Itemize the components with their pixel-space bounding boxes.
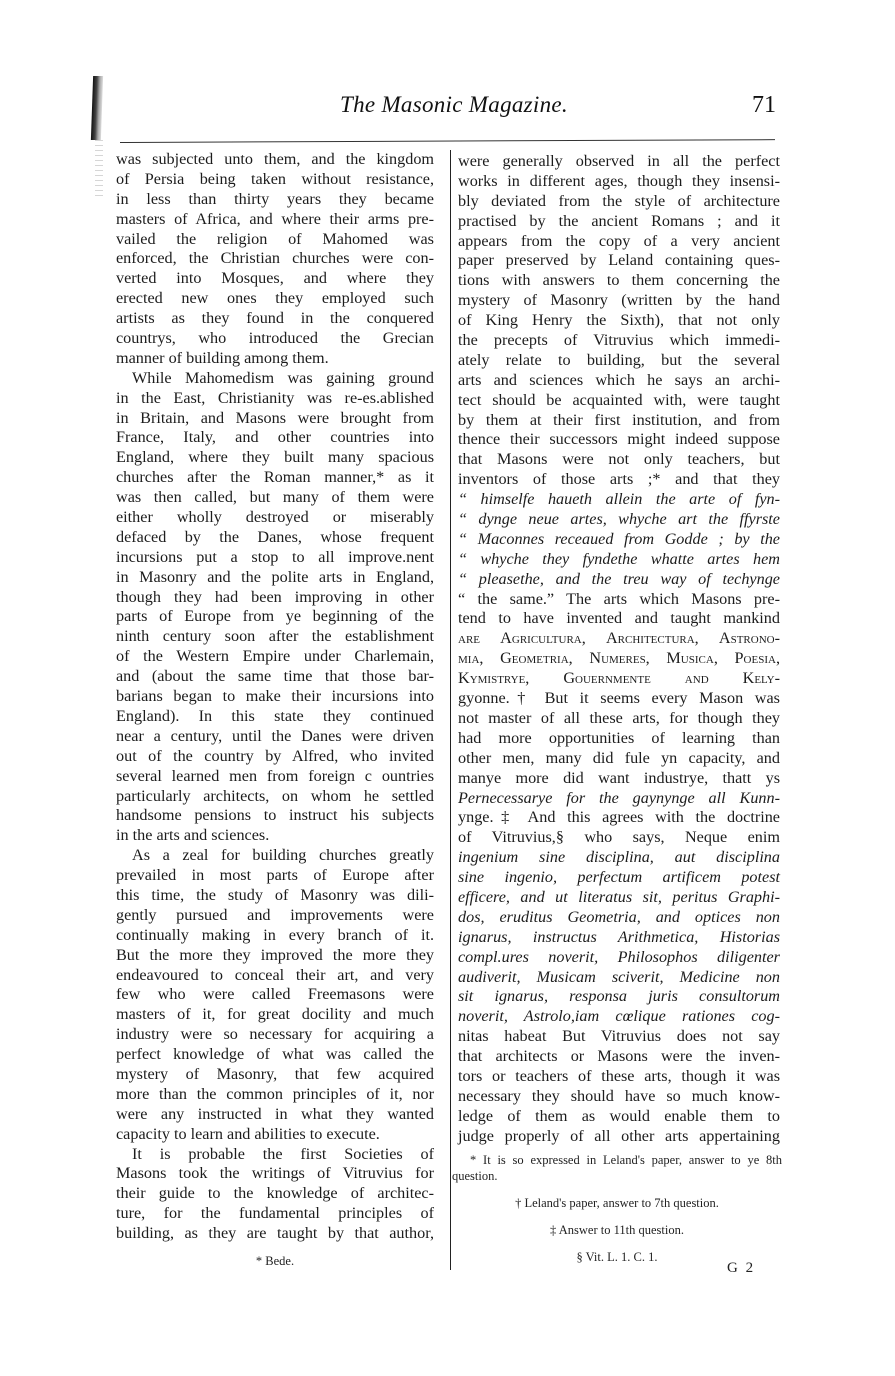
text-line: in Britain, and Masons were brought from	[116, 409, 434, 429]
text-line: artists as they found in the conquered	[116, 309, 434, 329]
signature-mark: G 2	[727, 1260, 755, 1277]
text-line: England, where they built many spacious	[116, 448, 434, 468]
right-column: were generally observed in all the perfe…	[458, 152, 780, 1147]
text-line: inventors of those arts ;* and that they	[458, 470, 780, 490]
text-line: are Agricultura, Architectura, Astrono-	[458, 629, 780, 649]
text-line: Pernecessarye for the gaynynge all Kunn-	[458, 789, 780, 809]
text-line: efficere, and ut literatus sit, peritus …	[458, 888, 780, 908]
text-line: had more opportunities of learning than	[458, 729, 780, 749]
text-line: “ pleasethe, and the treu way of techyng…	[458, 570, 780, 590]
text-line: But the more they improved the more they	[116, 946, 434, 966]
text-line: few who were called Freemasons were	[116, 985, 434, 1005]
text-line: bly deviated from the style of architect…	[458, 192, 780, 212]
header-rule	[120, 139, 775, 143]
text-line: arts and sciences which he says an archi…	[458, 371, 780, 391]
footnote: * It is so expressed in Leland's paper, …	[452, 1152, 782, 1184]
text-line: mystery of Masonry, that few acquired	[116, 1065, 434, 1085]
magazine-page: The Masonic Magazine. 71 was subjected u…	[0, 0, 895, 1376]
text-line: mia, Geometria, Numeres, Musica, Poesia,	[458, 649, 780, 669]
text-line: barians began to make their incursions i…	[116, 687, 434, 707]
text-line: England). In this state they continued	[116, 707, 434, 727]
text-line: sine ingenio, perfectum artificem potest	[458, 868, 780, 888]
text-line: dos, eruditus Geometria, and optices non	[458, 908, 780, 928]
text-line: in the East, Christianity was re-es.abli…	[116, 389, 434, 409]
text-line: of the Western Empire under Charlemain,	[116, 647, 434, 667]
text-line: was then called, but many of them were	[116, 488, 434, 508]
text-line: in the arts and sciences.	[116, 826, 434, 846]
text-line: enforced, the Christian churches were co…	[116, 249, 434, 269]
text-line: “ dynge neue artes, whyche art the ffyrs…	[458, 510, 780, 530]
text-line: erected new ones they employed such	[116, 289, 434, 309]
text-line: this time, the study of Masonry was dili…	[116, 886, 434, 906]
right-footnotes: * It is so expressed in Leland's paper, …	[452, 1152, 782, 1265]
text-line: “ himselfe haueth allein the arte of fyn…	[458, 490, 780, 510]
text-line: “ Maconnes receaued from Godde ; by the	[458, 530, 780, 550]
text-line: mystery of Masonry (written by the hand	[458, 291, 780, 311]
binding-edge-speckle	[95, 140, 103, 200]
text-line: industry were so necessary for acquiring…	[116, 1025, 434, 1045]
text-line: in less than thirty years they became	[116, 190, 434, 210]
text-line: tect should be acquainted with, were tau…	[458, 391, 780, 411]
footnote-bede: * Bede.	[116, 1254, 434, 1269]
text-line: building, as they are taught by that aut…	[116, 1224, 434, 1244]
text-line: though they had been improving in other	[116, 588, 434, 608]
text-line: While Mahomedism was gaining ground	[116, 369, 434, 389]
text-line: ately relate to building, but the severa…	[458, 351, 780, 371]
text-line: nitas habeat But Vitruvius does not say	[458, 1027, 780, 1047]
text-line: perfect knowledge of what was called the	[116, 1045, 434, 1065]
text-line: manye more did want industrye, thatt ys	[458, 769, 780, 789]
text-line: of Persia being taken without resistance…	[116, 170, 434, 190]
footnote: ‡ Answer to 11th question.	[452, 1222, 782, 1238]
text-line: masters of Africa, and where their arms …	[116, 210, 434, 230]
text-line: in Masonry and the polite arts in Englan…	[116, 568, 434, 588]
running-title: The Masonic Magazine.	[340, 92, 568, 118]
text-line: tions with answers to them concerning th…	[458, 271, 780, 291]
text-line: necessary they should have so much know-	[458, 1087, 780, 1107]
text-line: other men, many did fule yn capacity, an…	[458, 749, 780, 769]
text-line: several learned men from foreign c ountr…	[116, 767, 434, 787]
text-line: ledge of them as would enable them to	[458, 1107, 780, 1127]
text-line: that architects or Masons were the inven…	[458, 1047, 780, 1067]
text-line: sit ignarus, responsa juris consultorum	[458, 987, 780, 1007]
text-line: not master of all these arts, for though…	[458, 709, 780, 729]
text-line: either wholly destroyed or miserably	[116, 508, 434, 528]
text-line: judge properly of all other arts apperta…	[458, 1127, 780, 1147]
text-line: It is probable the first Societies of	[116, 1145, 434, 1165]
text-line: prevailed in most parts of Europe after	[116, 866, 434, 886]
text-line: were generally observed in all the perfe…	[458, 152, 780, 172]
text-line: ignarus, instructus Arithmetica, Histori…	[458, 928, 780, 948]
text-line: more than the common principles of it, n…	[116, 1085, 434, 1105]
text-line: gently pursued and improvements were	[116, 906, 434, 926]
text-line: churches after the Roman manner,* as it	[116, 468, 434, 488]
text-line: practised by the ancient Romans ; and it	[458, 212, 780, 232]
text-line: manner of building among them.	[116, 349, 434, 369]
text-line: Masons took the writings of Vitruvius fo…	[116, 1164, 434, 1184]
text-line: Kymistrye, Gouernmente and Kely-	[458, 669, 780, 689]
text-line: continually making in every branch of it…	[116, 926, 434, 946]
text-line: defaced by the Danes, whose frequent	[116, 528, 434, 548]
text-line: of King Henry the Sixth), that not only	[458, 311, 780, 331]
left-column: was subjected unto them, and the kingdom…	[116, 150, 434, 1244]
text-line: ture, for the fundamental principles of	[116, 1204, 434, 1224]
text-line: out of the country by Alfred, who invite…	[116, 747, 434, 767]
text-line: their guide to the knowledge of architec…	[116, 1184, 434, 1204]
text-line: capacity to learn and abilities to execu…	[116, 1125, 434, 1145]
text-line: verted into Mosques, and where they	[116, 269, 434, 289]
column-divider	[450, 150, 451, 1270]
text-line: “ the same.” The arts which Masons pre-	[458, 590, 780, 610]
text-line: ingenium sine disciplina, aut disciplina	[458, 848, 780, 868]
text-line: countrys, who introduced the Grecian	[116, 329, 434, 349]
text-line: audiverit, Musicam sciverit, Medicine no…	[458, 968, 780, 988]
text-line: that Masons were not only teachers, but	[458, 450, 780, 470]
text-line: endeavoured to conceal their art, and ve…	[116, 966, 434, 986]
text-line: ynge.‡ And this agrees with the doctrine	[458, 808, 780, 828]
text-line: noverit, Astrolo,iam cœlique rationes co…	[458, 1007, 780, 1027]
text-line: were any instructed in what they wanted	[116, 1105, 434, 1125]
text-line: “ whyche they fyndethe whatte artes hem	[458, 550, 780, 570]
text-line: tors or teachers of these arts, though i…	[458, 1067, 780, 1087]
text-line: by them at their first institution, and …	[458, 411, 780, 431]
text-line: particularly architects, on whom he sett…	[116, 787, 434, 807]
text-line: masters of it, for great docility and mu…	[116, 1005, 434, 1025]
text-line: paper preserved by Leland containing que…	[458, 251, 780, 271]
running-head: The Masonic Magazine. 71	[0, 92, 895, 122]
text-line: of Vitruvius,§ who says, Neque enim	[458, 828, 780, 848]
text-line: compl.ures noverit, Philosophos diligent…	[458, 948, 780, 968]
text-line: handsome pensions to instruct his subjec…	[116, 806, 434, 826]
text-line: the precepts of Vitruvius which immedi-	[458, 331, 780, 351]
footnote: † Leland's paper, answer to 7th question…	[452, 1195, 782, 1211]
text-line: incursions put a stop to all improve.nen…	[116, 548, 434, 568]
text-line: vailed the religion of Mahomed was	[116, 230, 434, 250]
text-line: was subjected unto them, and the kingdom	[116, 150, 434, 170]
page-number: 71	[752, 92, 776, 119]
text-line: As a zeal for building churches greatly	[116, 846, 434, 866]
text-line: tend to have invented and taught mankind	[458, 609, 780, 629]
text-line: near a century, until the Danes were dri…	[116, 727, 434, 747]
text-line: works in different ages, though they ins…	[458, 172, 780, 192]
text-line: ninth century soon after the establishme…	[116, 627, 434, 647]
text-line: parts of Europe from ye beginning of the	[116, 607, 434, 627]
text-line: appears from the copy of a very ancient	[458, 232, 780, 252]
text-line: France, Italy, and other countries into	[116, 428, 434, 448]
text-line: and (about the same time that those bar-	[116, 667, 434, 687]
text-line: thence their successors might indeed sup…	[458, 430, 780, 450]
text-line: gyonne.† But it seems every Mason was	[458, 689, 780, 709]
